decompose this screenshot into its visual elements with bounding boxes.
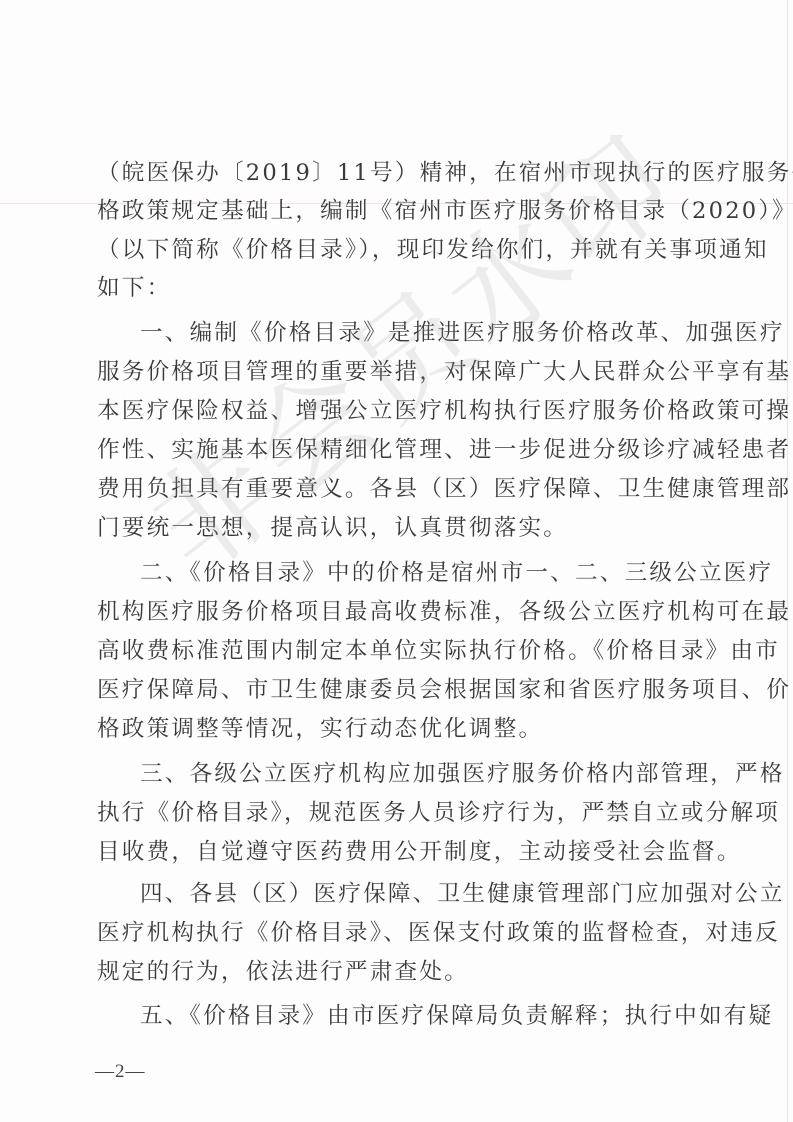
paragraph-line: 如下：: [97, 273, 707, 303]
paragraph-first-line: 三、各级公立医疗机构应加强医疗服务价格内部管理，严格: [140, 759, 707, 789]
paragraph-line: 格政策调整等情况，实行动态优化调整。: [97, 714, 707, 744]
paragraph-line: 规定的行为，依法进行严肃查处。: [97, 957, 707, 987]
paragraph-line: 医疗保障局、市卫生健康委员会根据国家和省医疗服务项目、价: [97, 675, 707, 705]
paragraph-line: 费用负担具有重要意义。各县（区）医疗保障、卫生健康管理部: [97, 474, 707, 504]
paragraph-line: 门要统一思想，提高认识，认真贯彻落实。: [97, 513, 707, 543]
paragraph-line: （以下简称《价格目录》），现印发给你们，并就有关事项通知: [97, 235, 707, 265]
paragraph-line: 服务价格项目管理的重要举措，对保障广大人民群众公平享有基: [97, 357, 707, 387]
paragraph-line: 医疗机构执行《价格目录》、医保支付政策的监督检查，对违反: [97, 918, 707, 948]
paragraph-line: 格政策规定基础上，编制《宿州市医疗服务价格目录（2020）》: [97, 196, 707, 226]
paragraph-line: （皖医保办〔2019〕11号）精神，在宿州市现执行的医疗服务价: [97, 158, 707, 188]
paragraph-line: 执行《价格目录》，规范医务人员诊疗行为，严禁自立或分解项: [97, 798, 707, 828]
paragraph-line: 本医疗保险权益、增强公立医疗机构执行医疗服务价格政策可操: [97, 396, 707, 426]
page-number: —2—: [95, 1060, 146, 1084]
paragraph-first-line: 一、编制《价格目录》是推进医疗服务价格改革、加强医疗: [140, 318, 707, 348]
paragraph-first-line: 二、《价格目录》中的价格是宿州市一、二、三级公立医疗: [140, 558, 707, 588]
paragraph-first-line: 四、各县（区）医疗保障、卫生健康管理部门应加强对公立: [140, 879, 707, 909]
paragraph-first-line: 五、《价格目录》由市医疗保障局负责解释；执行中如有疑: [140, 1001, 707, 1031]
paragraph-line: 机构医疗服务价格项目最高收费标准，各级公立医疗机构可在最: [97, 597, 707, 627]
paragraph-line: 高收费标准范围内制定本单位实际执行价格。《价格目录》由市: [97, 636, 707, 666]
document-page: （皖医保办〔2019〕11号）精神，在宿州市现执行的医疗服务价格政策规定基础上，…: [0, 0, 793, 1122]
paragraph-line: 作性、实施基本医保精细化管理、进一步促进分级诊疗减轻患者: [97, 435, 707, 465]
paragraph-line: 目收费，自觉遵守医药费用公开制度，主动接受社会监督。: [97, 837, 707, 867]
